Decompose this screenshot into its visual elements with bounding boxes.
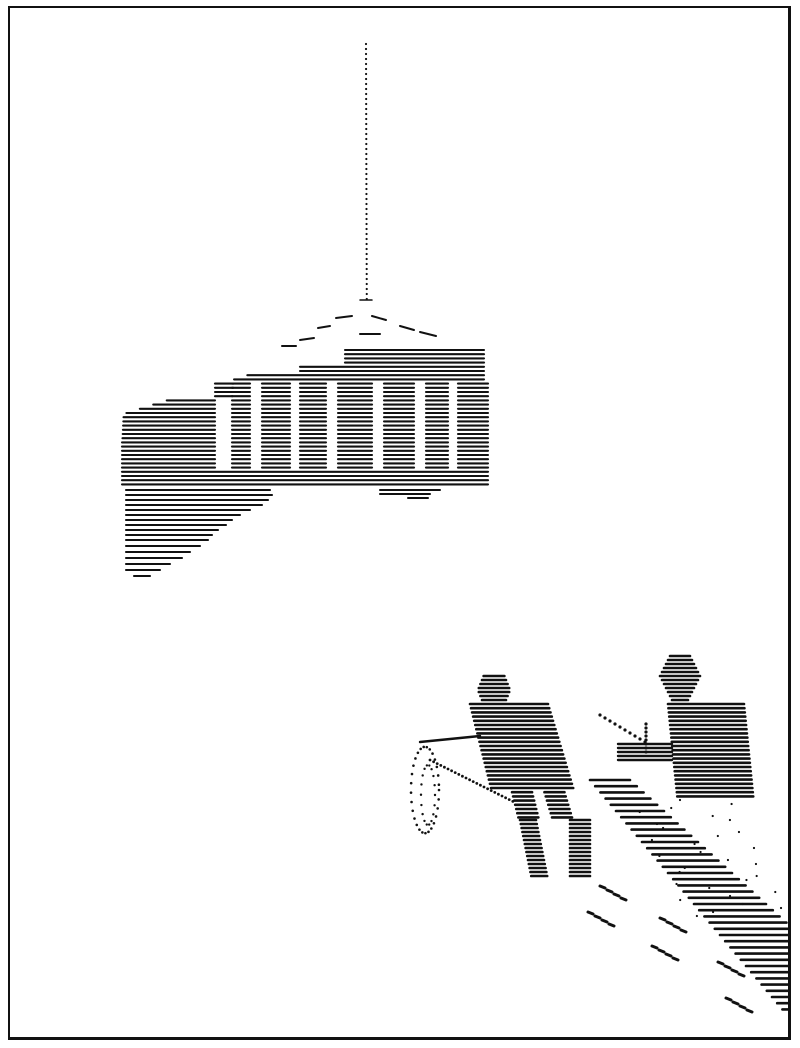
figure-left-with-net (410, 676, 590, 876)
hanging-cable (360, 43, 372, 300)
slope-ground (588, 780, 788, 1012)
figure-right (598, 656, 753, 796)
illustration (0, 0, 800, 1048)
suspended-crate (122, 316, 488, 576)
